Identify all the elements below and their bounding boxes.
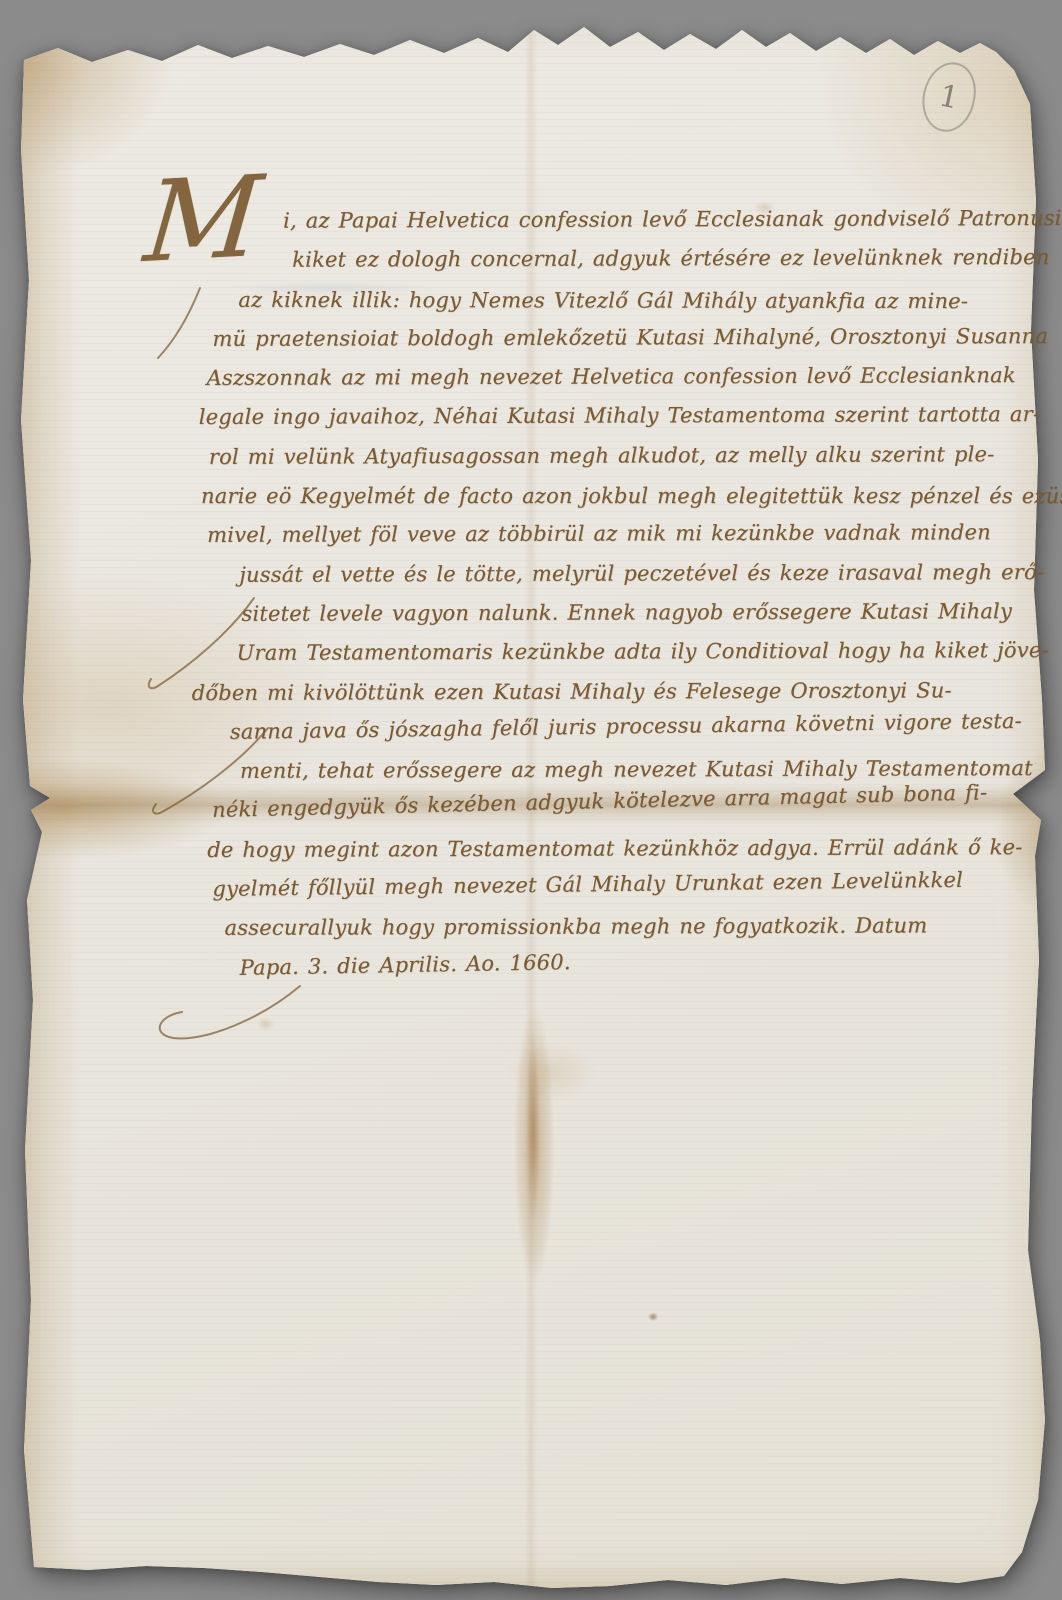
manuscript-line: narie eö Kegyelmét de facto azon jokbul … [201,477,991,516]
page-number: 1 [936,78,962,116]
manuscript-line: rol mi velünk Atyafiusagossan megh alkud… [209,435,991,477]
manuscript-line: Aszszonnak az mi megh nevezet Helvetica … [207,356,991,398]
manuscript-line: gyelmét főllyül megh nevezet Gál Mihaly … [212,860,992,909]
manuscript-line: legale ingo javaihoz, Néhai Kutasi Mihal… [199,396,991,438]
manuscript-line: mivel, mellyet föl veve az többirül az m… [207,514,991,556]
manuscript-line: mü praetensioiat boldogh emlekőzetü Kuta… [212,317,990,359]
manuscript-line: sitetet levele vagyon nalunk. Ennek nagy… [241,592,991,634]
manuscript-line: Uram Testamentomaris kezünkbe adta ily C… [237,631,992,673]
manuscript-line: jussát el vette és le tötte, melyrül pec… [239,553,991,595]
manuscript-line: az kiknek illik: hogy Nemes Vitezlő Gál … [238,280,990,321]
manuscript-line: kiket ez dologh concernal, adgyuk értésé… [292,239,990,281]
manuscript-ink-layer: M i, az Papai Helvetica confession levő … [0,0,1062,1600]
manuscript-lines: i, az Papai Helvetica confession levő Ec… [190,199,993,988]
flourish-dateline-loop [160,986,300,1038]
document-scan: M i, az Papai Helvetica confession levő … [0,0,1062,1600]
manuscript-line: i, az Papai Helvetica confession levő Ec… [283,199,990,241]
